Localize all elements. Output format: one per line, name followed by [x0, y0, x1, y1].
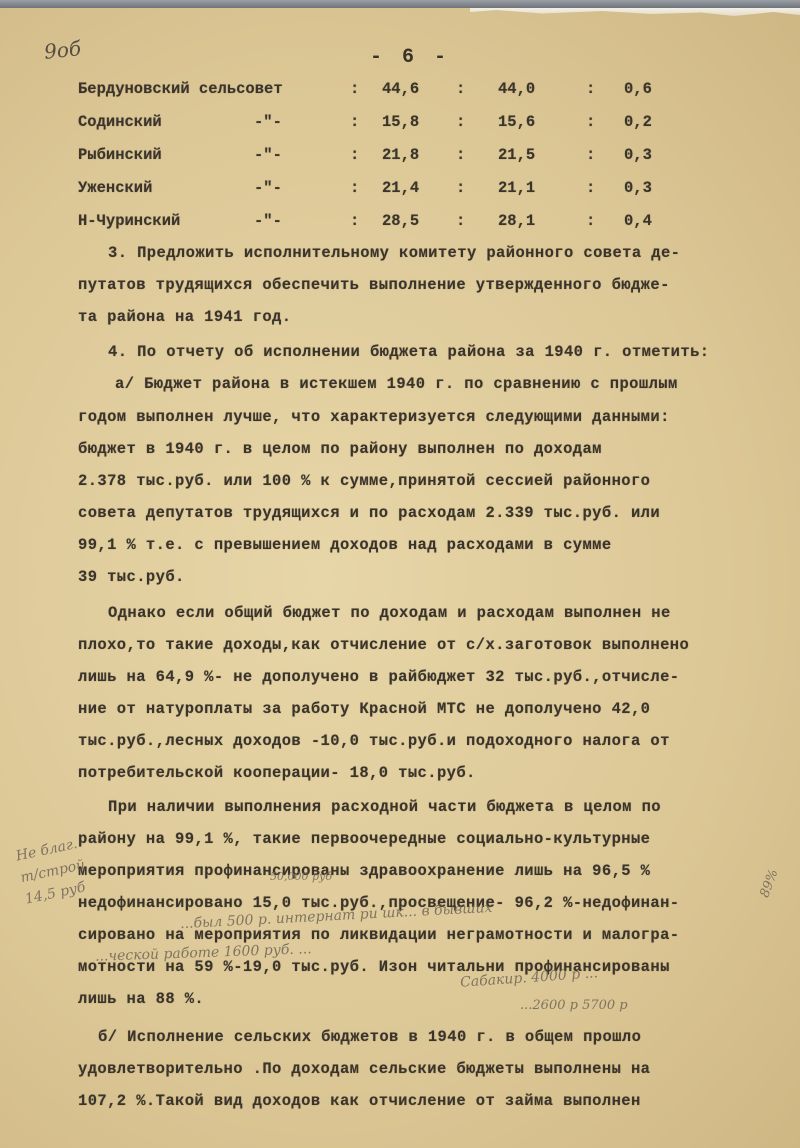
value-a: 28,5 [382, 212, 419, 230]
torn-edge [470, 8, 800, 18]
text-line: годом выполнен лучше, что характеризуетс… [78, 408, 670, 426]
text-line: совета депутатов трудящихся и по расхода… [78, 504, 660, 522]
row-name: Уженский [78, 179, 152, 197]
row-name: Н-Чуринский [78, 212, 180, 230]
value-c: 0,6 [624, 80, 652, 98]
value-c: 0,3 [624, 179, 652, 197]
text-line: При наличии выполнения расходной части б… [108, 798, 661, 816]
value-b: 15,6 [498, 113, 535, 131]
value-b: 28,1 [498, 212, 535, 230]
handwritten-annotation: ...2600 р 5700 р [520, 998, 628, 1013]
text-line: 107,2 %.Такой вид доходов как отчисление… [78, 1092, 641, 1110]
value-b: 21,1 [498, 179, 535, 197]
text-line: 3. Предложить исполнительному комитету р… [108, 244, 680, 262]
value-a: 21,4 [382, 179, 419, 197]
value-a: 44,6 [382, 80, 419, 98]
page-number: - 6 - [370, 46, 450, 69]
ditto-mark: -"- [254, 146, 282, 164]
text-line: путатов трудящихся обеспечить выполнение… [78, 276, 670, 294]
text-line: 99,1 % т.е. с превышением доходов над ра… [78, 536, 612, 554]
folio-number: 9об [43, 36, 82, 64]
text-line: району на 99,1 %, такие первоочередные с… [78, 830, 650, 848]
text-line: 39 тыс.руб. [78, 568, 185, 586]
text-line: сировано на мероприятия по ликвидации не… [78, 926, 680, 944]
row-name: Бердуновский сельсовет [78, 80, 283, 98]
row-name: Рыбинский [78, 146, 162, 164]
handwritten-annotation: 50,000 руб [270, 870, 332, 883]
value-c: 0,4 [624, 212, 652, 230]
value-c: 0,3 [624, 146, 652, 164]
text-line: удовлетворительно .По доходам сельские б… [78, 1060, 650, 1078]
document-page: 9об - 6 - Бердуновский сельсовет : 44,6 … [0, 8, 800, 1148]
text-line: 2.378 тыс.руб. или 100 % к сумме,принято… [78, 472, 650, 490]
text-line: Однако если общий бюджет по доходам и ра… [108, 604, 671, 622]
text-line: плохо,то такие доходы,как отчисление от … [78, 636, 689, 654]
text-line: лишь на 64,9 %- не дополучено в райбюдже… [78, 668, 680, 686]
value-b: 21,5 [498, 146, 535, 164]
value-a: 15,8 [382, 113, 419, 131]
value-c: 0,2 [624, 113, 652, 131]
text-line: тыс.руб.,лесных доходов -10,0 тыс.руб.и … [78, 732, 670, 750]
text-line: б/ Исполнение сельских бюджетов в 1940 г… [98, 1028, 641, 1046]
text-line: ние от натуроплаты за работу Красной МТС… [78, 700, 650, 718]
text-line: потребительской кооперации- 18,0 тыс.руб… [78, 764, 476, 782]
handwritten-margin-note-right: 89% [757, 867, 781, 899]
ditto-mark: -"- [254, 212, 282, 230]
ditto-mark: -"- [254, 179, 282, 197]
text-line: та района на 1941 год. [78, 308, 291, 326]
text-line: бюджет в 1940 г. в целом по району выпол… [78, 440, 602, 458]
row-name: Содинский [78, 113, 162, 131]
value-b: 44,0 [498, 80, 535, 98]
text-line: а/ Бюджет района в истекшем 1940 г. по с… [115, 375, 678, 393]
text-line: 4. По отчету об исполнении бюджета район… [108, 343, 710, 361]
value-a: 21,8 [382, 146, 419, 164]
text-line: лишь на 88 %. [78, 990, 204, 1008]
text-line: мероприятия профинансированы здравоохран… [78, 862, 650, 880]
viewer-top-border [0, 0, 800, 8]
ditto-mark: -"- [254, 113, 282, 131]
